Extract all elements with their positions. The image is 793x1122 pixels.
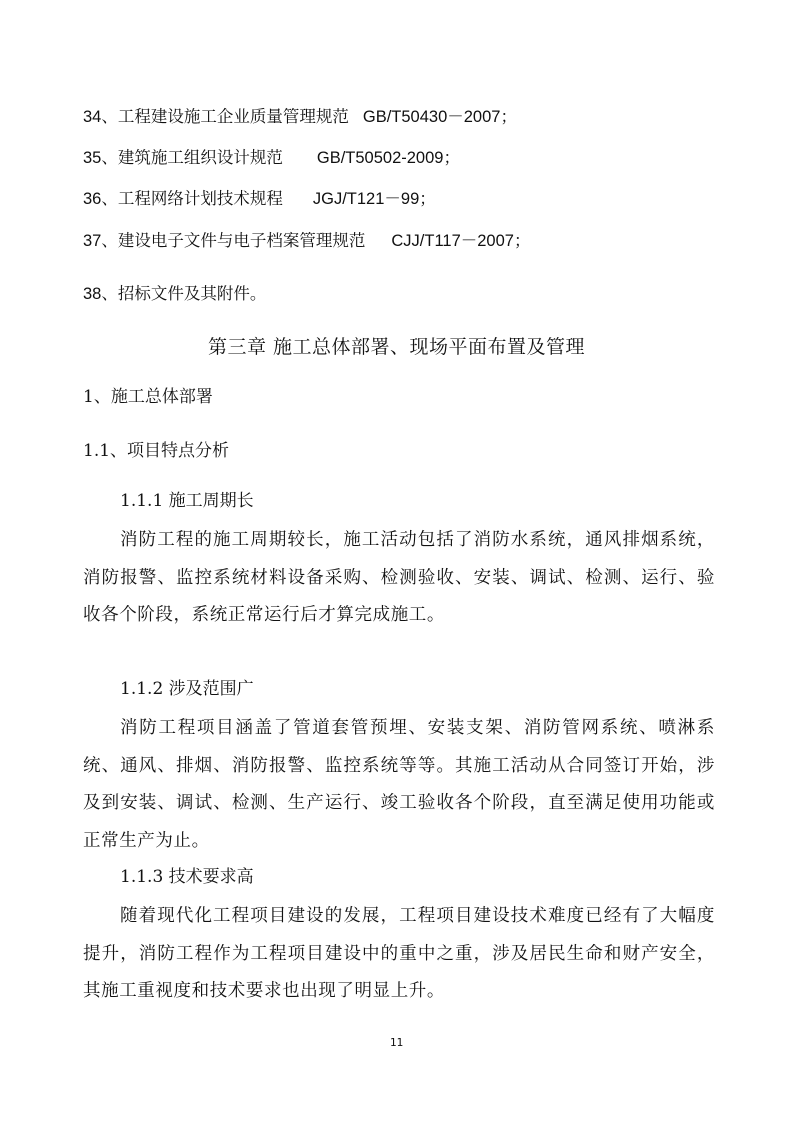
reference-item-36: 36、工程网络计划技术规程JGJ/T121－99；	[83, 188, 436, 210]
paragraph-technical-requirements: 随着现代化工程项目建设的发展，工程项目建设技术难度已经有了大幅度提升，消防工程作…	[83, 898, 715, 1011]
reference-number: 34、	[83, 108, 118, 126]
document-page: 34、工程建设施工企业质量管理规范GB/T50430－2007； 35、建筑施工…	[0, 0, 793, 1122]
reference-title: 工程网络计划技术规程	[118, 189, 283, 208]
reference-number: 37、	[83, 232, 118, 250]
reference-code: JGJ/T121－99；	[313, 188, 436, 210]
reference-number: 36、	[83, 190, 118, 208]
reference-item-38: 38、招标文件及其附件。	[83, 283, 266, 305]
reference-item-35: 35、建筑施工组织设计规范GB/T50502-2009；	[83, 147, 460, 169]
paragraph-construction-period: 消防工程的施工周期较长，施工活动包括了消防水系统，通风排烟系统，消防报警、监控系…	[83, 522, 715, 635]
reference-item-34: 34、工程建设施工企业质量管理规范GB/T50430－2007；	[83, 106, 517, 128]
reference-code: GB/T50502-2009；	[317, 147, 460, 169]
reference-title: 建筑施工组织设计规范	[118, 148, 283, 167]
reference-title: 招标文件及其附件。	[118, 284, 267, 303]
subsection-heading: 1.1、项目特点分析	[83, 440, 229, 462]
subsubsection-heading-1-1-3: 1.1.3 技术要求高	[120, 866, 254, 888]
chapter-title: 第三章 施工总体部署、现场平面布置及管理	[0, 335, 793, 359]
subsubsection-heading-1-1-1: 1.1.1 施工周期长	[120, 490, 254, 512]
reference-title: 工程建设施工企业质量管理规范	[118, 107, 349, 126]
reference-code: CJJ/T117－2007；	[391, 230, 530, 252]
reference-number: 35、	[83, 149, 118, 167]
reference-code: GB/T50430－2007；	[363, 106, 517, 128]
reference-title: 建设电子文件与电子档案管理规范	[118, 231, 366, 250]
subsubsection-heading-1-1-2: 1.1.2 涉及范围广	[120, 678, 254, 700]
paragraph-scope: 消防工程项目涵盖了管道套管预埋、安装支架、消防管网系统、喷淋系统、通风、排烟、消…	[83, 710, 715, 860]
page-number: 11	[0, 1036, 793, 1049]
section-heading: 1、施工总体部署	[83, 386, 213, 408]
reference-item-37: 37、建设电子文件与电子档案管理规范CJJ/T117－2007；	[83, 230, 530, 252]
reference-number: 38、	[83, 285, 118, 303]
